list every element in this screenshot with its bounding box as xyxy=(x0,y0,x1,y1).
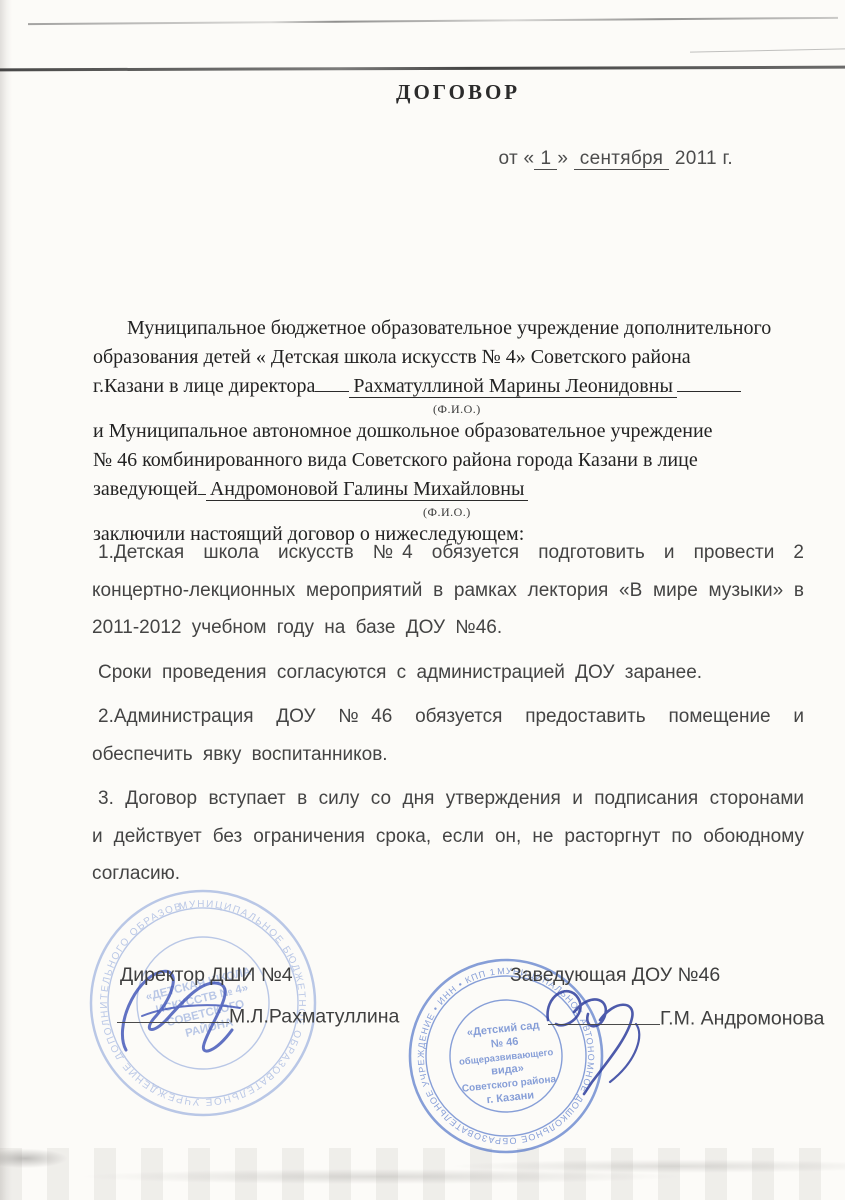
blank-underline xyxy=(315,391,349,392)
signature-line xyxy=(548,1004,660,1025)
contract-clauses: 1.Детская школа искусств №4 обязуется по… xyxy=(92,534,804,900)
clause-2: 2.Администрация ДОУ №46 обязуется предос… xyxy=(92,698,804,773)
scan-edge-streak xyxy=(0,0,12,1200)
head-prefix: заведующей xyxy=(93,478,198,500)
date-year: 2011 г. xyxy=(675,148,733,169)
date-prefix: от « xyxy=(499,148,535,169)
preamble-line: Муниципальное бюджетное образовательное … xyxy=(93,314,805,343)
head-name: Андромоновой Галины Михайловны xyxy=(206,478,529,501)
director-name: Рахматуллиной Марины Леонидовны xyxy=(349,375,677,398)
preamble: Муниципальное бюджетное образовательное … xyxy=(93,314,805,549)
head-name-printed: Г.М. Андромонова xyxy=(660,1008,824,1030)
document-title: ДОГОВОР xyxy=(396,80,520,105)
preamble-line: образования детей « Детская школа искусс… xyxy=(93,343,805,372)
preamble-line: № 46 комбинированного вида Советского ра… xyxy=(93,446,805,475)
clause-1: 1.Детская школа искусств №4 обязуется по… xyxy=(92,534,804,647)
director-title: Директор ДШИ №4 xyxy=(120,964,293,987)
blank-underline xyxy=(198,494,206,495)
director-prefix: г.Казани в лице директора xyxy=(93,375,315,397)
stamp-center-line: общеразвивающего xyxy=(459,1047,554,1068)
date-day: 1 xyxy=(534,148,557,170)
stamp-center-line: № 46 xyxy=(490,1036,519,1051)
stamp-ring-text: МУНИЦИПАЛЬНОЕ БЮДЖЕТНОЕ ОБРАЗОВАТЕЛЬНОЕ … xyxy=(59,859,329,1134)
scanned-contract-page: ДОГОВОР от «1» сентября 2011 г. Муниципа… xyxy=(0,0,845,1200)
preamble-line: и Муниципальное автономное дошкольное об… xyxy=(93,417,805,446)
scan-artifact-line-dark xyxy=(0,66,845,72)
director-signature-row: М.Л.Рахматуллина xyxy=(117,1002,399,1029)
preamble-line-head: заведующейАндромоновой Галины Михайловны xyxy=(93,475,805,504)
date-line: от «1» сентября 2011 г. xyxy=(499,148,733,170)
stamp-center-line: вида» xyxy=(491,1062,525,1077)
date-close-quote: » xyxy=(557,148,568,169)
head-title: Заведующая ДОУ №46 xyxy=(510,964,720,987)
fio-label: (Ф.И.О.) xyxy=(93,401,805,417)
preamble-line-director: г.Казани в лице директораРахматуллиной М… xyxy=(93,372,805,401)
signature-line xyxy=(117,1002,229,1023)
head-signature-row: Г.М. Андромонова xyxy=(548,1004,824,1031)
stamp-center-line: «Детский сад xyxy=(466,1019,540,1039)
blank-underline xyxy=(677,391,741,392)
scan-bottom-noise xyxy=(0,1148,845,1200)
clause-terms-note: Сроки проведения согласуются с администр… xyxy=(92,654,804,692)
fio-label: (Ф.И.О.) xyxy=(93,504,805,520)
scan-artifact-line-top xyxy=(28,17,838,25)
date-month: сентября xyxy=(574,148,669,170)
head-handwritten-signature xyxy=(540,978,680,1108)
stamp-center-line: Советского района xyxy=(461,1074,557,1095)
director-name-printed: М.Л.Рахматуллина xyxy=(229,1006,399,1028)
stamp-center-line: г. Казани xyxy=(486,1089,535,1106)
clause-3: 3. Договор вступает в силу со дня утверж… xyxy=(92,780,804,893)
svg-text:МУНИЦИПАЛЬНОЕ БЮДЖЕТНОЕ ОБРАЗО: МУНИЦИПАЛЬНОЕ БЮДЖЕТНОЕ ОБРАЗОВАТЕЛЬНОЕ … xyxy=(59,859,329,1134)
scan-artifact-line-faint xyxy=(690,48,845,52)
